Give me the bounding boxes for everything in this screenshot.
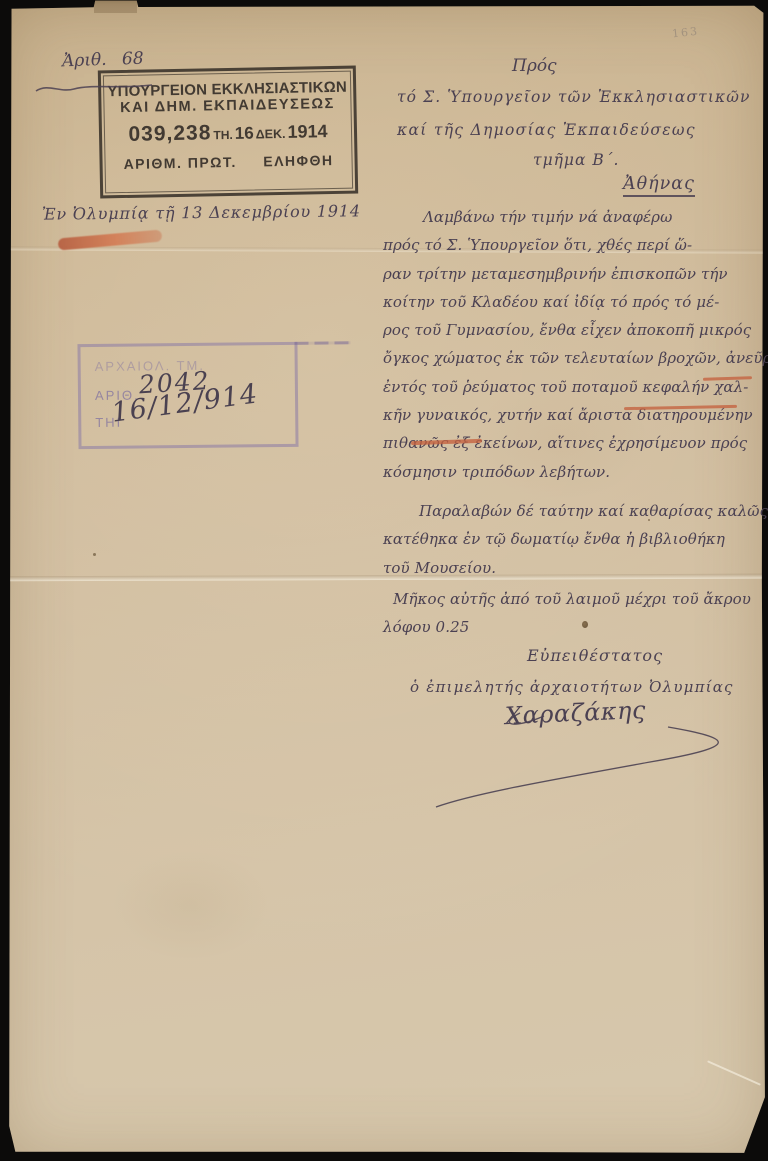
body-line: ἐντός τοῦ ῥεύματος τοῦ ποταμοῦ κεφαλήν χ… [383,373,757,401]
address-line: τό Σ. Ὑπουργεῖον τῶν Ἐκκλησιαστικῶν [397,88,751,106]
body-line: ὄγκος χώματος ἐκ τῶν τελευταίων βροχῶν, … [383,344,757,372]
stamp-inner-frame: ΥΠΟΥΡΓΕΙΟΝ ΕΚΚΛΗΣΙΑΣΤΙΚΩΝ ΚΑΙ ΔΗΜ. ΕΚΠΑΙ… [103,71,353,194]
paper-stain [110,850,270,960]
body-line: κόσμησιν τριπόδων λεβήτων. [383,458,757,486]
registry-number-note: Ἀριθ. 68 [62,49,144,72]
paper-speck [93,553,96,556]
stamp-day: 16 [235,124,254,144]
body-line: Μῆκος αὐτῆς ἀπό τοῦ λαιμοῦ μέχρι τοῦ ἄκρ… [383,585,757,613]
body-line: λόφου 0.25 [383,613,757,641]
closing-valediction: Εὐπειθέστατος [527,646,663,665]
stamp-date-article: ΤΗ. [213,128,233,142]
body-paragraph-3: Μῆκος αὐτῆς ἀπό τοῦ λαιμοῦ μέχρι τοῦ ἄκρ… [383,585,757,642]
paper-hole [582,621,588,628]
address-salutation: Πρός [512,56,557,76]
body-line: ραν τρίτην μεταμεσημβρινήν ἐπισκοπῶν τήν [383,260,757,288]
scanned-letter-photo: 163 Ἀριθ. 68 ΥΠΟΥΡΓΕΙΟΝ ΕΚΚΛΗΣΙΑΣΤΙΚΩΝ Κ… [0,0,768,1161]
paper-scratch [707,1060,761,1085]
stamp-received-label: ΕΛΗΦΘΗ [263,152,334,169]
body-line: τοῦ Μουσείου. [383,554,757,582]
paper-tab [94,0,137,13]
stamp-month: ΔΕΚ. [256,127,286,142]
stamp-ministry-name-2: ΚΑΙ ΔΗΜ. ΕΚΠΑΙΔΕΥΣΕΩΣ [120,96,335,116]
body-line: κοίτην τοῦ Κλαδέου καί ἰδίᾳ τό πρός τό μ… [383,288,757,316]
ministry-receipt-stamp: ΥΠΟΥΡΓΕΙΟΝ ΕΚΚΛΗΣΙΑΣΤΙΚΩΝ ΚΑΙ ΔΗΜ. ΕΚΠΑΙ… [98,66,358,199]
stamp-protocol-number: 039,238 [128,121,211,147]
body-line: κατέθηκα ἐν τῷ δωματίῳ ἔνθα ἡ βιβλιοθήκη [383,525,757,553]
body-line: πρός τό Σ. Ὑπουργεῖον ὅτι, χθές περί ὥ- [383,231,757,259]
body-line: ρος τοῦ Γυμνασίου, ἔνθα εἶχεν ἀποκοπῆ μι… [383,316,757,344]
body-line: Λαμβάνω τήν τιμήν νά ἀναφέρω [383,203,757,231]
signer-title: ὁ ἐπιμελητής ἀρχαιοτήτων Ὀλυμπίας [410,678,734,696]
address-line: καί τῆς Δημοσίας Ἐκπαιδεύσεως [397,121,696,139]
body-paragraph-2: Παραλαβών δέ ταύτην καί καθαρίσας καλῶς … [383,497,757,582]
stamp-footer-row: ΑΡΙΘΜ. ΠΡΩΤ. ΕΛΗΦΘΗ [105,152,351,173]
body-line: Παραλαβών δέ ταύτην καί καθαρίσας καλῶς [383,497,757,525]
place-date-line: Ἐν Ὀλυμπίᾳ τῇ 13 Δεκεμβρίου 1914 [42,201,361,223]
address-department: τμῆμα Β΄. [533,151,619,169]
stamp-border-smear [294,341,350,345]
stamp-year: 1914 [287,121,327,143]
stamp-number-date-line: 039,238 ΤΗ. 16 ΔΕΚ. 1914 [128,119,327,147]
address-city: Ἀθήνας [623,174,695,197]
stamp-protocol-label: ΑΡΙΘΜ. ΠΡΩΤ. [123,154,237,172]
archaeology-dept-stamp: ΑΡΧΑΙΟΛ. ΤΜ. ΑΡΙΘ. ΤΗΙ 2042 16/12/914 [77,342,298,449]
